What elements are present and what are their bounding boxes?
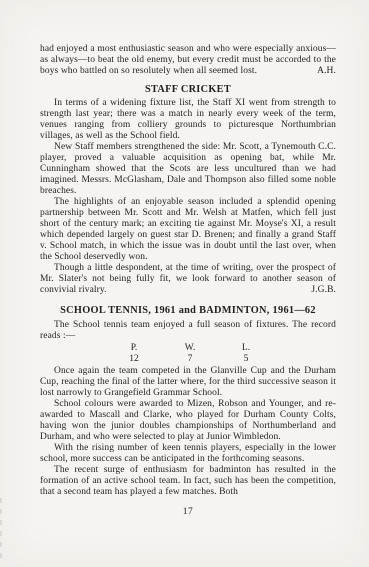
record-header-row: P. W. L. — [106, 343, 274, 354]
record-value-won: 7 — [162, 354, 218, 365]
staff-cricket-paragraph-3: The highlights of an enjoyable season in… — [40, 197, 336, 263]
staff-cricket-closing-paragraph: Though a little despondent, at the time … — [40, 263, 336, 296]
record-value-lost: 5 — [218, 354, 274, 365]
tennis-paragraph-3: With the rising number of keen tennis pl… — [40, 443, 336, 465]
record-value-played: 12 — [106, 354, 162, 365]
tennis-intro-paragraph: The School tennis team enjoyed a full se… — [40, 320, 336, 342]
page-number: 17 — [40, 507, 336, 517]
author-initials-jgb: J.G.B. — [297, 285, 336, 296]
scanned-magazine-page: had enjoyed a most enthusiastic season a… — [0, 0, 369, 567]
staff-cricket-closing-text: Though a little despondent, at the time … — [40, 263, 336, 295]
author-initials-ah: A.H. — [317, 66, 336, 77]
tennis-paragraph-4: The recent surge of enthusiasm for badmi… — [40, 465, 336, 498]
continuation-text: had enjoyed a most enthusiastic season a… — [40, 44, 336, 76]
staff-cricket-paragraph-2: New Staff members strengthened the side:… — [40, 142, 336, 197]
page-text-block: had enjoyed a most enthusiastic season a… — [40, 44, 336, 517]
continuation-paragraph: had enjoyed a most enthusiastic season a… — [40, 44, 336, 77]
staff-cricket-paragraph-1: In terms of a widening fixture list, the… — [40, 98, 336, 142]
tennis-record-table: P. W. L. 12 7 5 — [106, 343, 274, 365]
record-header-lost: L. — [218, 343, 274, 354]
tennis-badminton-heading: SCHOOL TENNIS, 1961 and BADMINTON, 1961—… — [40, 305, 336, 316]
scan-edge-artifact — [0, 498, 2, 560]
record-value-row: 12 7 5 — [106, 354, 274, 365]
record-header-played: P. — [106, 343, 162, 354]
record-header-won: W. — [162, 343, 218, 354]
staff-cricket-heading: STAFF CRICKET — [40, 84, 336, 95]
tennis-paragraph-2: School colours were awarded to Mizen, Ro… — [40, 399, 336, 443]
tennis-paragraph-1: Once again the team competed in the Glan… — [40, 366, 336, 399]
